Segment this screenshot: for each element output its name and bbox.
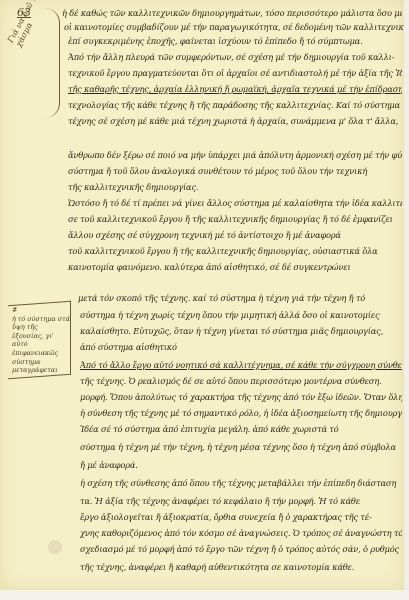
text-line: καινοτομία φαινόμενο. καλύτερα ἀπό αἰσθη… [68,262,402,272]
text-line: οἱ καινοτομίες συμβαδίζουν μέ τήν παραγω… [64,22,404,32]
text-line: τῆς τέχνης, ἀναφέρει ἤ καθαρή αὐθεντικότ… [80,562,402,572]
text-line: σε τοῦ καλλιτεχνικοῦ ἔργου ἤ τῆς καλλιτε… [68,214,402,224]
text-line: σύστημα ἡ τέχνη μέ τήν τέχνη, ἡ τέχνη μέ… [80,442,402,452]
text-line: ἐπί συγκεκριμένης ἐποχῆς, φαίνεται ἰσχύο… [68,36,368,46]
text-line: ἄλλου σχέσης σέ σύγχρονη τεχνική μέ τό ἀ… [68,230,402,240]
text-line: τεχνικοῦ ἔργου πραγματεύονται ὅτι οἱ ἀρχ… [68,68,402,78]
text-line: Ὡστόσο ἤ τό δέ τί πρέπει νά γίνει ἄλλος … [68,198,402,208]
text-line: ἀπό σύστημα αἰσθητικό [80,342,230,352]
text-line: Ἀπό τήν ἄλλη πλευρά τῶν συμφερόντων, σέ … [68,52,402,62]
text-line: τῆς καθαρῆς τέχνης, ἀρχαία ἑλληνική ἤ ρω… [68,84,402,94]
text-line: ἔργο ἀξιολογεῖται ἤ ἀξιοκρατία, ὄρθια συ… [80,512,402,522]
text-line: καλαίσθητο. Εὐτυχῶς, ὅταν ἡ τέχνη γίνετα… [80,326,402,336]
text-line: ἤ μέ ἀναφορά. [80,460,200,470]
text-line: τεχνολογίας τῆς κάθε τέχνης ἤ τῆς παράδο… [68,100,402,110]
text-line: μετά τόν σκοπό τῆς τέχνης. καί τό σύστημ… [78,293,402,303]
text-line: σύστημα ἤ τοῦ ὅλου ἀναλογικά συνθέτουν τ… [68,166,378,176]
text-line: σχεδιασμό μέ τό μορφή ἀπό τό ἔργο τῶν τέ… [80,544,402,554]
margin-note-body: ἡ τό σύστημα στά ὕψη τῆς ἐξουσίας, γι' α… [12,315,70,375]
text-line: Ἀπό τό ἄλλο ἔργο αὐτό νοητικό σά καλλιτέ… [80,360,402,370]
text-line: τέχνης σέ σχέση μέ κάθε μιά τέχνη χωριστ… [68,116,402,126]
text-line: τοῦ καλλιτεχνικοῦ ἔργου ἤ τῆς καλλιτεχνι… [68,246,402,256]
text-line: τα. Ἡ ἀξία τῆς τέχνης ἀναφέρει τό κεφάλα… [80,496,402,506]
manuscript-page: 63 Γιά να δοῦ τό χάσμα # ἡ τό σύστημα στ… [0,0,404,590]
margin-bracket [45,8,60,118]
text-line: σύστημα ἡ τέχνη χωρίς τέχνη ὅπου τήν μιμ… [80,310,402,320]
text-line: τῆς καλλιτεχνικῆς δημιουργίας. [68,182,218,192]
paper-stain [48,540,62,554]
page-edge [404,0,409,600]
page-bottom-margin [0,590,409,600]
margin-note-mark: # [12,306,17,314]
text-line: Ἰδέα σέ τό σύστημα ἀπό ἐπιτυχία μεγάλη. … [80,424,402,434]
text-line: ἡ σύνθεση τῆς τέχνης μέ τό σημαντικό ρόλ… [80,408,402,418]
text-line: ἡ σχέση τῆς σύνθεσης ἀπό ὅπου τῆς τέχνης… [80,478,402,488]
text-line: ἡ δέ καθώς τῶν καλλιτεχνικῶν δημιουργημά… [62,8,402,18]
text-line: τῆς τέχνης. Ὁ ρεαλισμός δέ σε αὐτό ὅπου … [80,376,402,386]
text-line: ἄνθρωπο δέν ξέρω σέ ποιό να μήν ὑπάρχει … [68,150,402,160]
margin-top-note: Γιά να δοῦ τό χάσμα [6,0,50,48]
margin-note-text: # ἡ τό σύστημα στά ὕψη τῆς ἐξουσίας, γι'… [12,306,70,375]
text-line: χνης καθοριζόμενος ἀπό τόν κόσμο σέ ἀναγ… [80,528,402,538]
text-line: μορφή. Ὅπου ἀπολύτως τό χαρακτήρα τῆς τέ… [80,392,402,402]
